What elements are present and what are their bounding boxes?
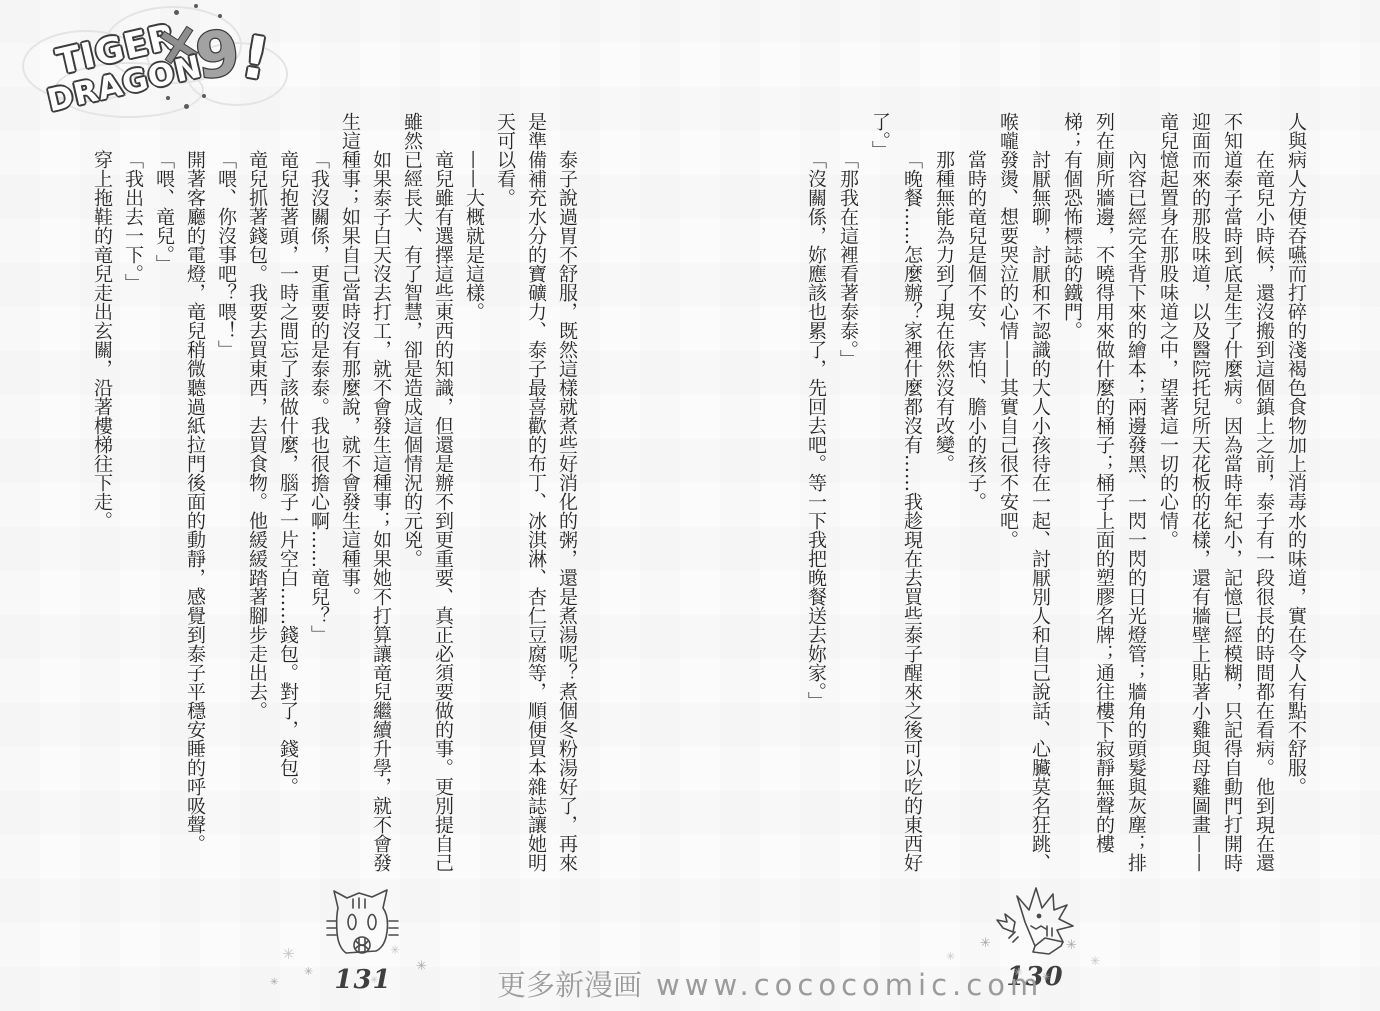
logo-dot [202,94,206,98]
text-column: 「沒關係，妳應該也累了，先回去吧。等一下我把晚餐送去妳家。」 [800,112,832,904]
sparkle-icon: ✳ [390,943,400,957]
sparkle-icon: ✳ [282,945,295,963]
text-column: 在竜兒小時候，還沒搬到這個鎮上之前，泰子有一段很長的時間都在看病。他到現在還 [1248,112,1280,904]
text-column: 迎面而來的那股味道，以及醫院托兒所天花板的花樣，還有牆壁上貼著小雞與母雞圖畫—— [1184,112,1216,904]
text-column: 竜兒抓著錢包。我要去買東西，去買食物。他緩緩踏著腳步走出去。 [241,112,272,904]
text-column: 如果泰子白天沒去打工，就不會發生這種事；如果她不打算讓竜兒繼續升學，就不會發 [365,112,396,904]
text-column: 開著客廳的電燈，竜兒稍微聽過紙拉門後面的動靜，感覺到泰子平穩安睡的呼吸聲。 [179,112,210,904]
sparkle-icon: ✳ [304,965,313,978]
text-column: 梯；有個恐怖標誌的鐵門。 [1056,112,1088,904]
sparkle-icon: ✳ [1066,938,1077,953]
text-column: 當時的竜兒是個不安、害怕、膽小的孩子。 [960,112,992,904]
sparkle-icon: ✳ [980,936,991,951]
text-column: 「那我在這裡看著泰泰。」 [832,112,864,904]
text-column: 穿上拖鞋的竜兒走出玄關，沿著樓梯往下走。 [86,112,117,904]
sparkle-icon: ✳ [946,950,955,963]
sparkle-icon: ✳ [416,959,427,974]
logo-dot [218,14,222,18]
watermark-url-text: www.cococomic.com [656,968,1043,1002]
text-column: 「喂、竜兒。」 [148,112,179,904]
text-column: 內容已經完全背下來的繪本；兩邊發黑、一閃一閃的日光燈管；牆角的頭髮與灰塵；排 [1120,112,1152,904]
logo-dot [184,104,189,109]
sparkle-icon: ✳ [1090,954,1100,968]
sparkle-icon: ✳ [270,977,278,988]
page-131-text-block: 泰子說過胃不舒服，既然這樣就煮些好消化的粥，還是煮湯呢？煮個冬粉湯好了，再來 是… [86,112,582,904]
tiger-cub-doodle [326,885,400,965]
page-130-text-block: 人與病人方便吞嚥而打碎的淺褐色食物加上消毒水的味道，實在令人有點不舒服。 在竜兒… [800,112,1312,904]
text-column: 生這種事；如果自己當時沒有那麼說，就不會發生這種事。 [334,112,365,904]
series-logo: TIGER × 9 ! DRAGON [26,4,276,124]
text-column: 列在廁所牆邊，不曉得用來做什麼的桶子；桶子上面的塑膠名牌；通往樓下寂靜無聲的樓 [1088,112,1120,904]
page-131-footer: 131 ✳ ✳ ✳ ✳ ✳ ✳ [278,885,448,1000]
text-column: 「喂、你沒事吧？喂！」 [210,112,241,904]
logo-dot [174,10,179,15]
text-column: 泰子說過胃不舒服，既然這樣就煮些好消化的粥，還是煮湯呢？煮個冬粉湯好了，再來 [551,112,582,904]
text-column: ——大概就是這樣。 [458,112,489,904]
watermark-cjk-text: 更多新漫画 [497,968,642,1002]
text-column: 是準備補充水分的寶礦力、泰子最喜歡的布丁、冰淇淋、杏仁豆腐等，順便買本雜誌讓她明 [520,112,551,904]
logo-dot [166,96,170,100]
logo-dot [194,4,198,8]
text-column: 「我出去一下。」 [117,112,148,904]
text-column: 人與病人方便吞嚥而打碎的淺褐色食物加上消毒水的味道，實在令人有點不舒服。 [1280,112,1312,904]
text-column: 討厭無聊，討厭和不認識的大人小孩待在一起、討厭別人和自己說話、心臟莫名狂跳、 [1024,112,1056,904]
text-column: 竜兒憶起置身在那股味道之中，望著這一切的心情。 [1152,112,1184,904]
sparkle-icon: ✳ [370,975,378,986]
text-column: 竜兒抱著頭，一時之間忘了該做什麼，腦子一片空白……錢包。對了，錢包。 [272,112,303,904]
text-column: 天可以看。 [489,112,520,904]
site-watermark: 更多新漫画www.cococomic.com [497,963,1043,1004]
text-column: 「我沒關係，更重要的是泰泰。我也很擔心啊……竜兒？」 [303,112,334,904]
text-column: 「晚餐……怎麼辦？家裡什麼都沒有……我趁現在去買些泰子醒來之後可以吃的東西好 [896,112,928,904]
text-column: 雖然已經長大、有了智慧，卻是造成這個情況的元兇。 [396,112,427,904]
text-column: 不知道泰子當時到底是生了什麼病。因為當時年紀小，記憶已經模糊，只記得自動門打開時 [1216,112,1248,904]
text-column: 那種無能為力到了現在依然沒有改變。 [928,112,960,904]
text-column: 了。」 [864,112,896,904]
sparkle-icon: ✳ [1042,972,1050,983]
text-column: 喉嚨發燙、想要哭泣的心情——其實自己很不安吧。 [992,112,1024,904]
text-column: 竜兒雖有選擇這些東西的知識，但還是辦不到更重要、真正必須要做的事。更別提自己 [427,112,458,904]
